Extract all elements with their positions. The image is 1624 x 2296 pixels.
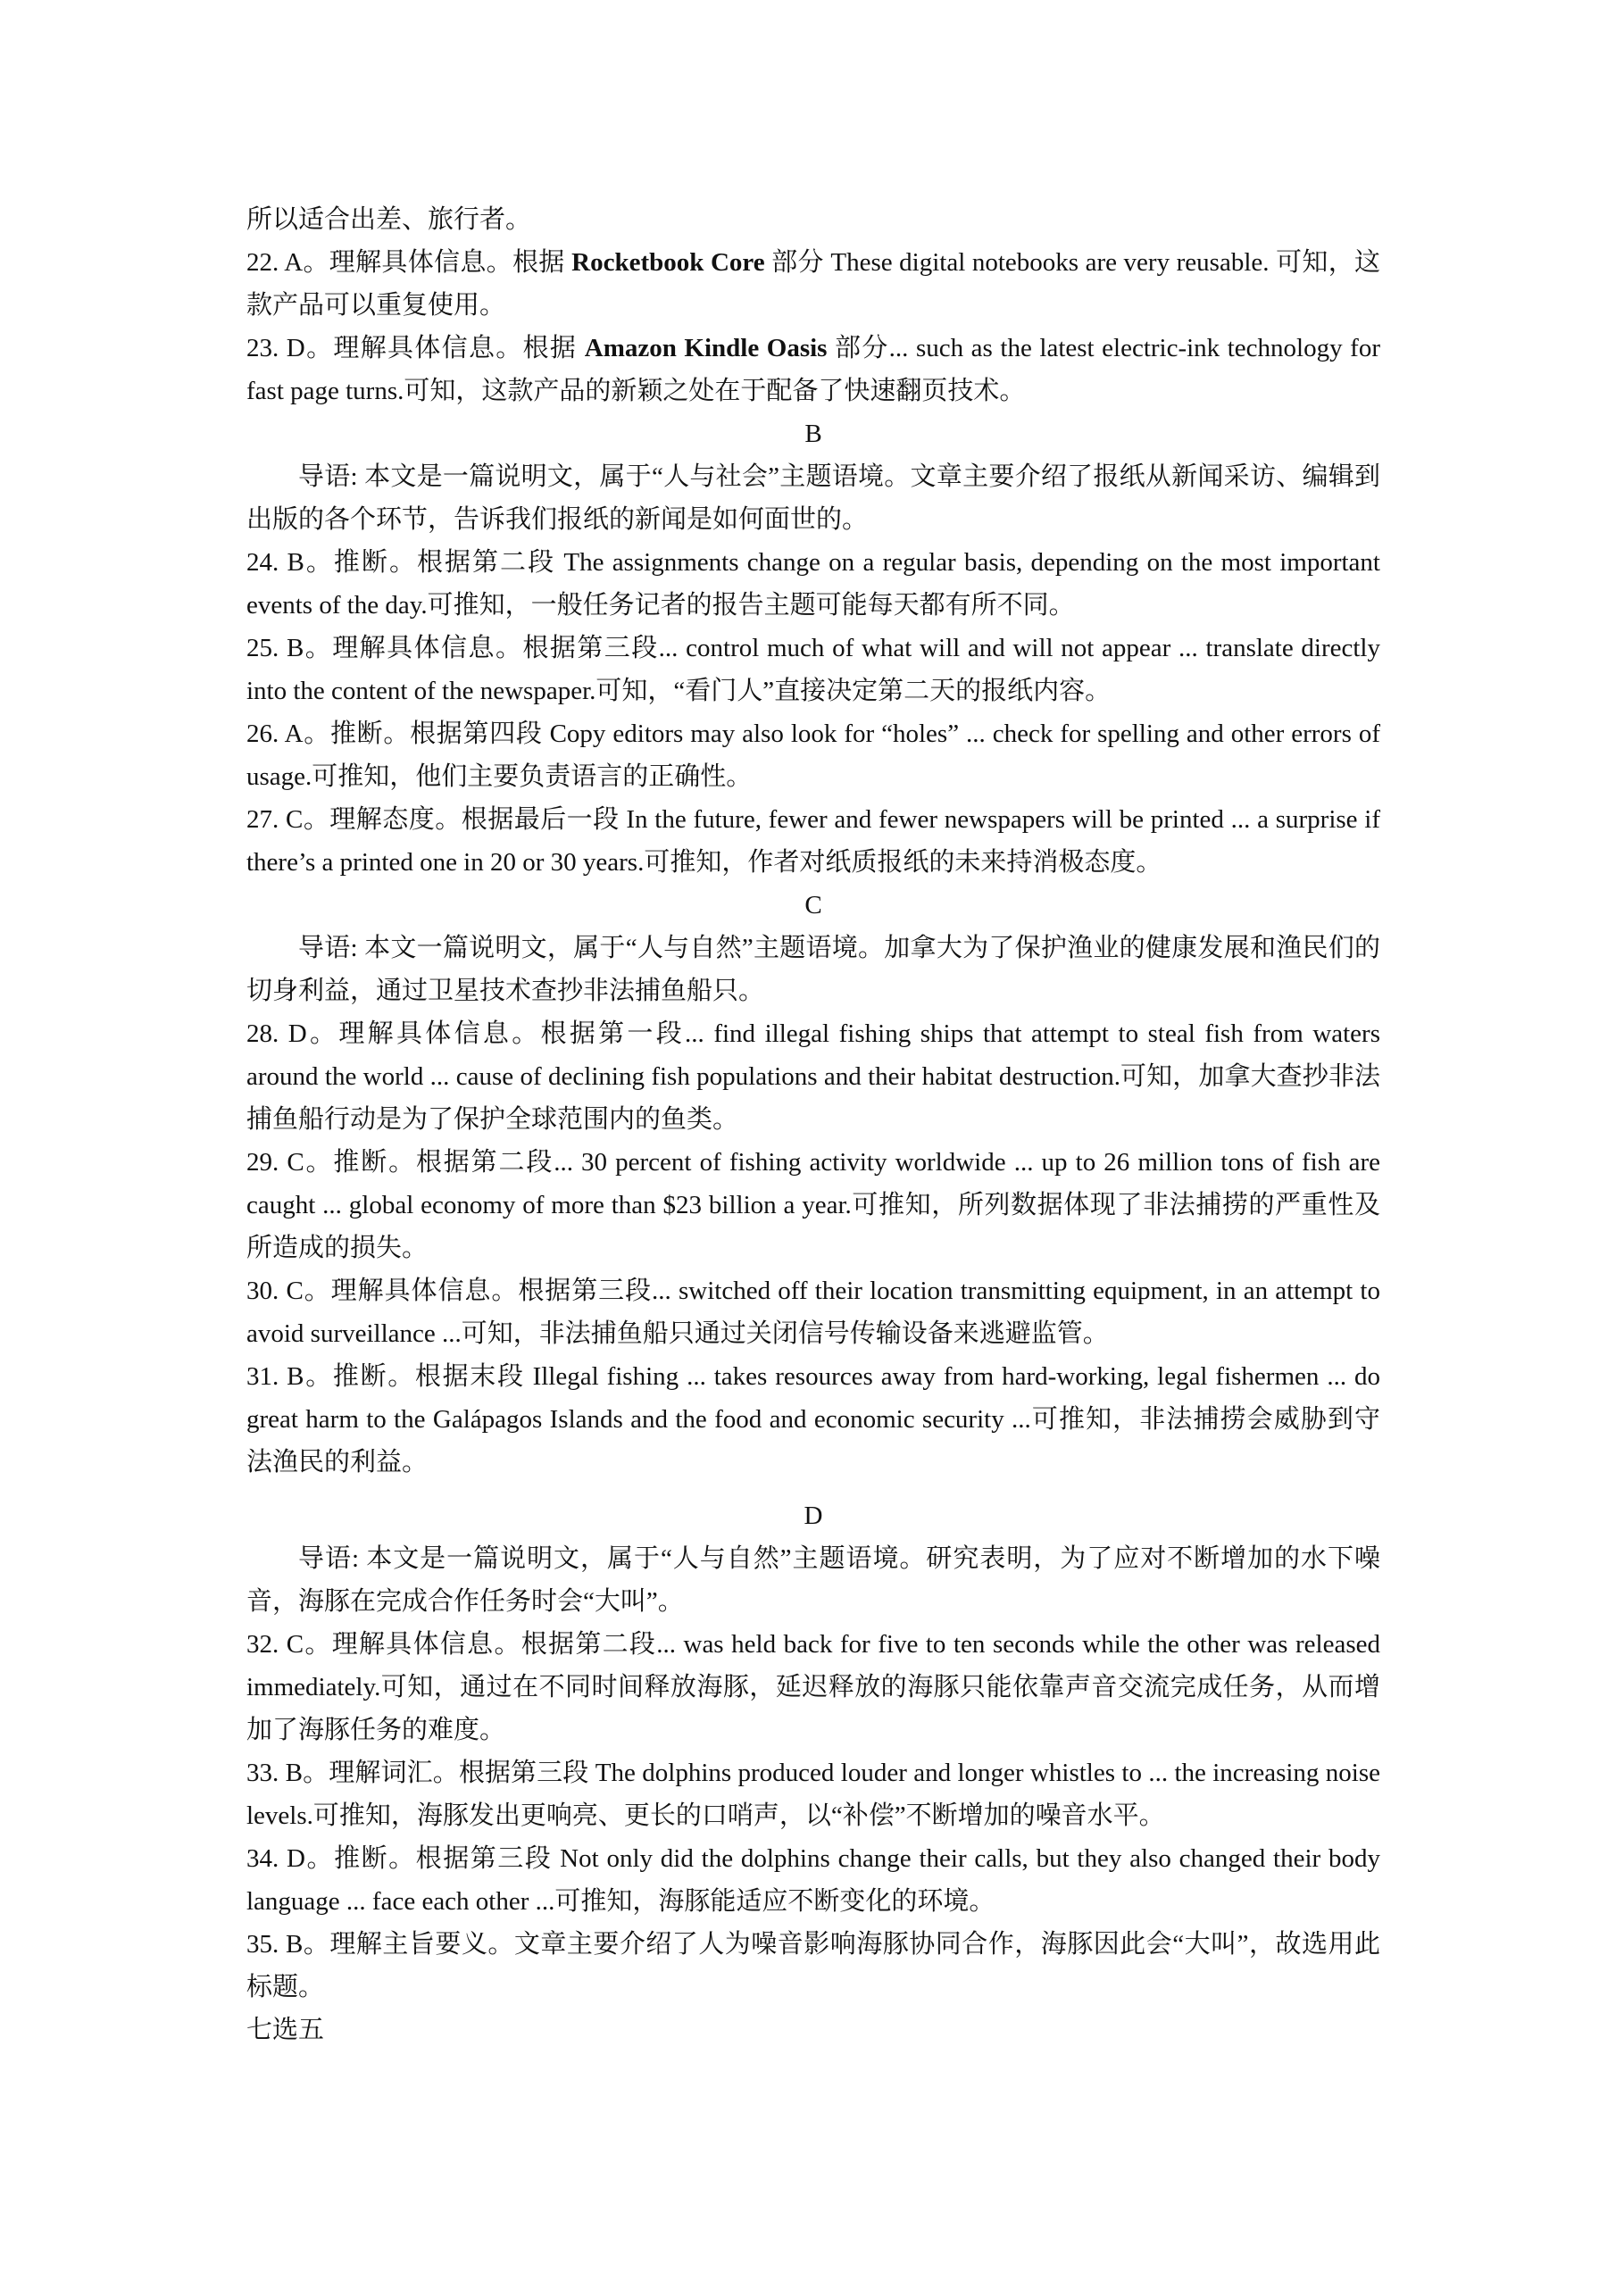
answer-33: 33. B。理解词汇。根据第三段 The dolphins produced l…	[246, 1751, 1380, 1837]
answer-25: 25. B。理解具体信息。根据第三段... control much of wh…	[246, 627, 1380, 712]
section-d-intro: 导语: 本文是一篇说明文，属于“人与自然”主题语境。研究表明，为了应对不断增加的…	[246, 1537, 1380, 1623]
next-section-heading: 七选五	[246, 2009, 1380, 2051]
answer-35: 35. B。理解主旨要义。文章主要介绍了人为噪音影响海豚协同合作，海豚因此会“大…	[246, 1923, 1380, 2009]
section-b-intro: 导语: 本文是一篇说明文，属于“人与社会”主题语境。文章主要介绍了报纸从新闻采访…	[246, 455, 1380, 541]
answer-22: 22. A。理解具体信息。根据 Rocketbook Core 部分 These…	[246, 241, 1380, 327]
answer-34: 34. D。推断。根据第三段 Not only did the dolphins…	[246, 1837, 1380, 1923]
answer-22-prefix: 22. A。理解具体信息。根据	[246, 248, 571, 277]
answer-23-prefix: 23. D。理解具体信息。根据	[246, 334, 585, 362]
section-heading-b: B	[246, 412, 1380, 455]
answer-26: 26. A。推断。根据第四段 Copy editors may also loo…	[246, 712, 1380, 798]
section-heading-c: C	[246, 884, 1380, 927]
answer-23-product-name: Amazon Kindle Oasis	[585, 334, 828, 362]
answer-29: 29. C。推断。根据第二段... 30 percent of fishing …	[246, 1141, 1380, 1269]
answer-32: 32. C。理解具体信息。根据第二段... was held back for …	[246, 1623, 1380, 1751]
answer-28: 28. D。理解具体信息。根据第一段... find illegal fishi…	[246, 1012, 1380, 1141]
answer-23: 23. D。理解具体信息。根据 Amazon Kindle Oasis 部分..…	[246, 327, 1380, 412]
answer-31: 31. B。推断。根据末段 Illegal fishing ... takes …	[246, 1355, 1380, 1484]
section-heading-d: D	[246, 1494, 1380, 1537]
answer-22-product-name: Rocketbook Core	[571, 248, 764, 277]
answer-30: 30. C。理解具体信息。根据第三段... switched off their…	[246, 1269, 1380, 1355]
answer-key-page: 所以适合出差、旅行者。 22. A。理解具体信息。根据 Rocketbook C…	[246, 198, 1380, 2051]
answer-24: 24. B。推断。根据第二段 The assignments change on…	[246, 541, 1380, 627]
section-c-intro: 导语: 本文一篇说明文，属于“人与自然”主题语境。加拿大为了保护渔业的健康发展和…	[246, 927, 1380, 1012]
answer-27: 27. C。理解态度。根据最后一段 In the future, fewer a…	[246, 798, 1380, 884]
intro-tail-line: 所以适合出差、旅行者。	[246, 198, 1380, 241]
